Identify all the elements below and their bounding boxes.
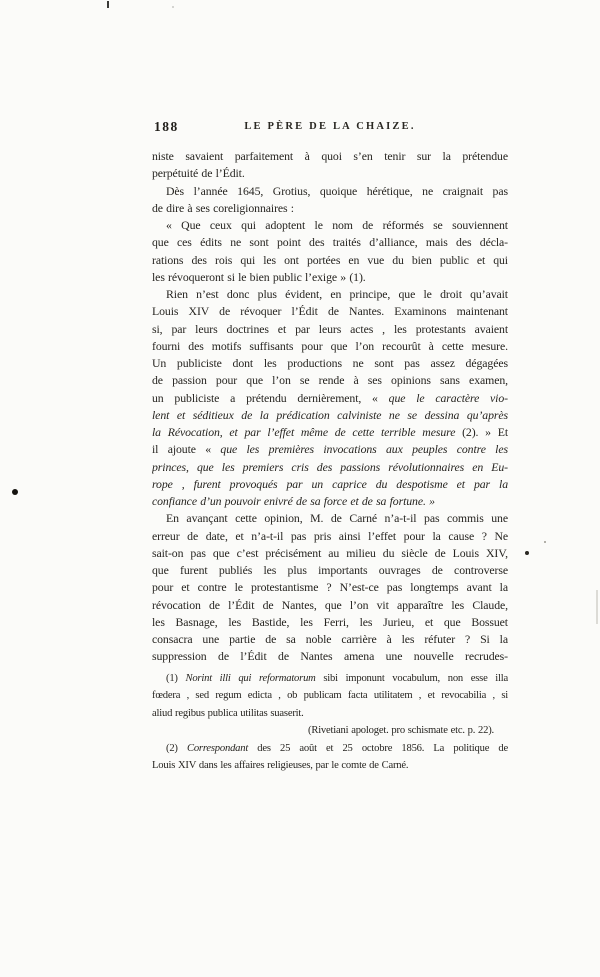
text-segment: « Que ceux qui adoptent le nom de réform… bbox=[166, 218, 508, 232]
text-line: (Rivetiani apologet. pro schismate etc. … bbox=[152, 722, 508, 739]
text-line: (1) Norint illi qui reformatorum sibi im… bbox=[152, 670, 508, 687]
text-segment: rations des rois qui les ont portées en … bbox=[152, 253, 508, 267]
text-segment: Louis XIV dans les affaires religieuses,… bbox=[152, 760, 408, 771]
text-segment: fourni des motifs suffisants pour que l’… bbox=[152, 339, 508, 353]
scanned-book-page: 188 LE PÈRE DE LA CHAIZE. niste savaient… bbox=[0, 0, 600, 977]
text-segment: que ces édits ne sont point des traités … bbox=[152, 235, 508, 249]
text-line: « Que ceux qui adoptent le nom de réform… bbox=[152, 217, 508, 234]
text-segment: Dès l’année 1645, Grotius, quoique hérét… bbox=[166, 184, 508, 198]
text-segment: un publiciste a prétendu dernièrement, « bbox=[152, 391, 389, 405]
ink-dot-right-margin bbox=[525, 551, 529, 555]
ink-dot-left-margin bbox=[12, 489, 18, 495]
ink-tick-top-margin bbox=[107, 1, 109, 8]
text-segment: perpétuité de l’Édit. bbox=[152, 166, 245, 180]
text-segment: Rien n’est donc plus évident, en princip… bbox=[166, 287, 508, 301]
italic-text-segment: la Révocation, et par l’effet même de ce… bbox=[152, 425, 462, 439]
text-segment: (Rivetiani apologet. pro schismate etc. … bbox=[308, 725, 494, 736]
text-segment: révocation de l’Édit de Nantes, que l’on… bbox=[152, 598, 508, 612]
text-line: niste savaient parfaitement à quoi s’en … bbox=[152, 148, 508, 165]
text-line: Louis XIV dans les affaires religieuses,… bbox=[152, 757, 508, 774]
text-line: erreur de date, et n’a-t-il pas pris ain… bbox=[152, 528, 508, 545]
text-line: rope , furent provoqués par un caprice d… bbox=[152, 476, 508, 493]
text-line: princes, que les premiers cris des passi… bbox=[152, 459, 508, 476]
text-segment: fœdera , sed regum edicta , ob publicam … bbox=[152, 690, 508, 701]
text-line: révocation de l’Édit de Nantes, que l’on… bbox=[152, 597, 508, 614]
text-segment: que furent publiés les plus importants o… bbox=[152, 563, 508, 577]
italic-text-segment: confiance d’un pouvoir enivré de sa forc… bbox=[152, 494, 435, 508]
text-line: (2) Correspondant des 25 août et 25 octo… bbox=[152, 740, 508, 757]
footnote-section: (1) Norint illi qui reformatorum sibi im… bbox=[152, 670, 508, 774]
text-segment: des 25 août et 25 octobre 1856. La polit… bbox=[248, 743, 508, 754]
italic-text-segment: Correspondant bbox=[187, 743, 248, 754]
running-title: LE PÈRE DE LA CHAIZE. bbox=[152, 119, 508, 132]
text-line: si, par leurs doctrines et par leurs act… bbox=[152, 321, 508, 338]
italic-text-segment: rope , furent provoqués par un caprice d… bbox=[152, 477, 508, 491]
body-text: niste savaient parfaitement à quoi s’en … bbox=[152, 148, 508, 666]
text-line: consacra une partie de sa noble carrière… bbox=[152, 631, 508, 648]
text-line: Rien n’est donc plus évident, en princip… bbox=[152, 286, 508, 303]
text-segment: niste savaient parfaitement à quoi s’en … bbox=[152, 149, 508, 163]
text-line: aliud regibus publica utilitas suaserit. bbox=[152, 705, 508, 722]
faint-dot-right-margin bbox=[544, 541, 546, 543]
text-segment: erreur de date, et n’a-t-il pas pris ain… bbox=[152, 529, 508, 543]
text-line: lent et séditieux de la prédication calv… bbox=[152, 407, 508, 424]
text-segment: (2) bbox=[166, 743, 187, 754]
text-line: fœdera , sed regum edicta , ob publicam … bbox=[152, 687, 508, 704]
text-line: pour et contre le protestantisme ? N’est… bbox=[152, 579, 508, 596]
italic-text-segment: que les premières invocations aux peuple… bbox=[220, 442, 508, 456]
text-line: les Basnage, les Bastide, les Ferri, les… bbox=[152, 614, 508, 631]
text-line: un publiciste a prétendu dernièrement, «… bbox=[152, 390, 508, 407]
paragraph: « Que ceux qui adoptent le nom de réform… bbox=[152, 217, 508, 286]
text-line: Dès l’année 1645, Grotius, quoique hérét… bbox=[152, 183, 508, 200]
text-segment: si, par leurs doctrines et par leurs act… bbox=[152, 322, 508, 336]
text-line: suppression de l’Édit de Nantes amena un… bbox=[152, 648, 508, 665]
italic-text-segment: princes, que les premiers cris des passi… bbox=[152, 460, 508, 474]
text-line: les révoqueront si le bien public l’exig… bbox=[152, 269, 508, 286]
text-line: la Révocation, et par l’effet même de ce… bbox=[152, 424, 508, 441]
text-segment: les révoqueront si le bien public l’exig… bbox=[152, 270, 366, 284]
text-line: de dire à ses coreligionnaires : bbox=[152, 200, 508, 217]
text-line: que ces édits ne sont point des traités … bbox=[152, 234, 508, 251]
paragraph: niste savaient parfaitement à quoi s’en … bbox=[152, 148, 508, 183]
paragraph: Dès l’année 1645, Grotius, quoique hérét… bbox=[152, 183, 508, 218]
text-segment: pour et contre le protestantisme ? N’est… bbox=[152, 580, 508, 594]
text-line: de passion pour que l’on se rende à ses … bbox=[152, 372, 508, 389]
footnote: (2) Correspondant des 25 août et 25 octo… bbox=[152, 740, 508, 775]
text-segment: il ajoute « bbox=[152, 442, 220, 456]
footnote: (1) Norint illi qui reformatorum sibi im… bbox=[152, 670, 508, 740]
text-line: Louis XIV de révoquer l’Édit de Nantes. … bbox=[152, 303, 508, 320]
paragraph: Rien n’est donc plus évident, en princip… bbox=[152, 286, 508, 510]
text-segment: sait-on pas que c’est précisément au mil… bbox=[152, 546, 508, 560]
paragraph: En avançant cette opinion, M. de Carné n… bbox=[152, 510, 508, 665]
italic-text-segment: lent et séditieux de la prédication calv… bbox=[152, 408, 508, 422]
faint-speck-top bbox=[172, 6, 174, 8]
text-segment: les Basnage, les Bastide, les Ferri, les… bbox=[152, 615, 508, 629]
text-segment: aliud regibus publica utilitas suaserit. bbox=[152, 708, 304, 719]
text-line: Un publiciste dont les productions ne so… bbox=[152, 355, 508, 372]
text-line: confiance d’un pouvoir enivré de sa forc… bbox=[152, 493, 508, 510]
text-segment: consacra une partie de sa noble carrière… bbox=[152, 632, 508, 646]
text-line: sait-on pas que c’est précisément au mil… bbox=[152, 545, 508, 562]
text-segment: Louis XIV de révoquer l’Édit de Nantes. … bbox=[152, 304, 508, 318]
text-segment: sibi imponunt vocabulum, non esse illa bbox=[316, 673, 508, 684]
text-line: En avançant cette opinion, M. de Carné n… bbox=[152, 510, 508, 527]
italic-text-segment: Norint illi qui reformatorum bbox=[185, 673, 315, 684]
text-segment: En avançant cette opinion, M. de Carné n… bbox=[166, 511, 508, 525]
text-segment: suppression de l’Édit de Nantes amena un… bbox=[152, 649, 508, 663]
text-line: rations des rois qui les ont portées en … bbox=[152, 252, 508, 269]
text-segment: de passion pour que l’on se rende à ses … bbox=[152, 373, 508, 387]
text-line: perpétuité de l’Édit. bbox=[152, 165, 508, 182]
text-line: que furent publiés les plus importants o… bbox=[152, 562, 508, 579]
text-line: il ajoute « que les premières invocation… bbox=[152, 441, 508, 458]
scan-edge-line bbox=[596, 590, 598, 624]
italic-text-segment: que le caractère vio- bbox=[389, 391, 508, 405]
text-line: fourni des motifs suffisants pour que l’… bbox=[152, 338, 508, 355]
text-segment: de dire à ses coreligionnaires : bbox=[152, 201, 294, 215]
text-segment: (2). » Et bbox=[462, 425, 508, 439]
page-header: 188 LE PÈRE DE LA CHAIZE. bbox=[152, 119, 508, 137]
page-number: 188 bbox=[154, 119, 179, 135]
text-segment: Un publiciste dont les productions ne so… bbox=[152, 356, 508, 370]
text-segment: (1) bbox=[166, 673, 185, 684]
